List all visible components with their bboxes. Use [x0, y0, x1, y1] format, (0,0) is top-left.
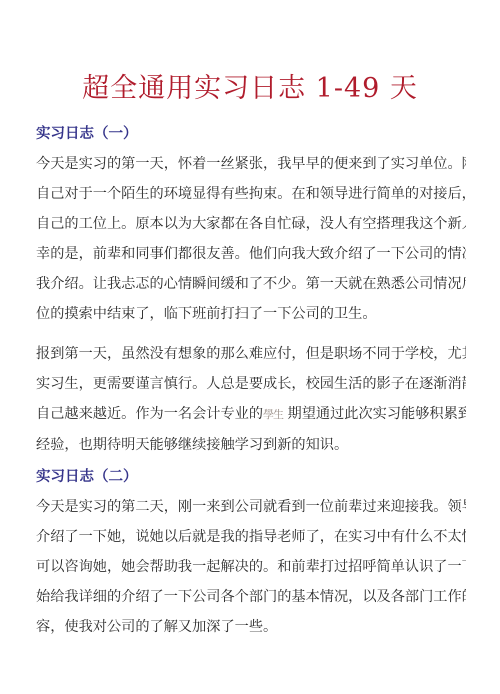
- paragraph-3: 今天是实习的第二天，刚一来到公司就看到一位前辈过来迎接我。领导向我简单 介绍了一…: [36, 492, 466, 642]
- paragraph-2: 报到第一天，虽然没有想象的那么难应付，但是职场不同于学校，尤其作为一名 实习生，…: [36, 339, 466, 460]
- paragraph-1: 今天是实习的第一天，怀着一丝紧张，我早早的便来到了实习单位。刚到单位的 自己对于…: [36, 149, 466, 329]
- text-line: 位的摸索中结束了，临下班前打扫了一下公司的卫生。: [36, 299, 466, 329]
- text-line: 自己的工位上。原本以为大家都在各自忙碌，没人有空搭理我这个新人小白。所: [36, 209, 466, 239]
- document-page: 超全通用实习日志 1-49 天 实习日志（一） 今天是实习的第一天，怀着一丝紧张…: [0, 0, 500, 694]
- text-segment: 期望通过此次实习能够积累到一定的: [288, 406, 466, 422]
- text-line: 介绍了一下她，说她以后就是我的指导老师了，在实习中有什么不太懂得地方都: [36, 522, 466, 552]
- text-line: 幸的是，前辈和同事们都很友善。他们向我大致介绍了一下公司的情况并做了自: [36, 239, 466, 269]
- document-title: 超全通用实习日志 1-49 天: [0, 66, 500, 105]
- text-line-with-watermark: 自己越来越近。作为一名会计专业的學生 期望通过此次实习能够积累到一定的: [36, 399, 466, 430]
- text-line: 容，使我对公司的了解又加深了一些。: [36, 612, 466, 642]
- text-line: 经验，也期待明天能够继续接触学习到新的知识。: [36, 430, 466, 460]
- text-line: 今天是实习的第一天，怀着一丝紧张，我早早的便来到了实习单位。刚到单位的: [36, 149, 466, 179]
- text-line: 我介绍。让我忐忑的心情瞬间缓和了不少。第一天就在熟悉公司情况后对自己岗: [36, 269, 466, 299]
- text-line: 自己对于一个陌生的环境显得有些拘束。在和领导进行简单的对接后，便来到了: [36, 179, 466, 209]
- watermark-stamp: 學生: [263, 408, 283, 421]
- text-line: 始给我详细的介绍了一下公司各个部门的基本情况，以及各部门工作的具体内: [36, 582, 466, 612]
- text-line: 今天是实习的第二天，刚一来到公司就看到一位前辈过来迎接我。领导向我简单: [36, 492, 466, 522]
- text-line: 可以咨询她，她会帮助我一起解决的。和前辈打过招呼简单认识了一下，她便开: [36, 552, 466, 582]
- text-line: 实习生，更需要谨言慎行。人总是要成长，校园生活的影子在逐渐消散，就业离: [36, 369, 466, 399]
- section-heading-2: 实习日志（二）: [36, 465, 138, 486]
- section-heading-1: 实习日志（一）: [36, 122, 138, 143]
- text-line: 报到第一天，虽然没有想象的那么难应付，但是职场不同于学校，尤其作为一名: [36, 339, 466, 369]
- text-segment: 自己越来越近。作为一名会计专业的: [36, 406, 263, 422]
